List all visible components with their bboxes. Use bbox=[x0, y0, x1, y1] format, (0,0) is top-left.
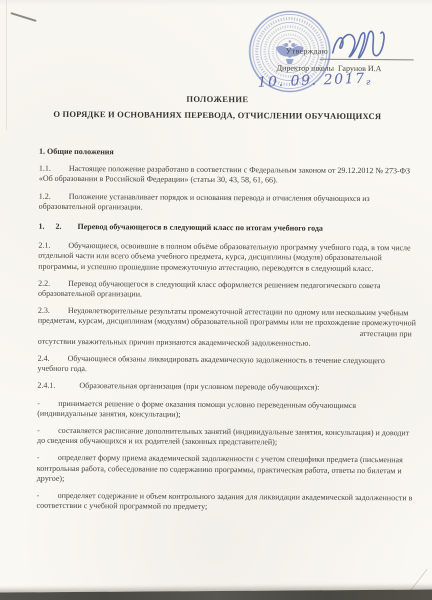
document-subtitle: О ПОРЯДКЕ И ОСНОВАНИЯХ ПЕРЕВОДА, ОТЧИСЛЕ… bbox=[1, 108, 432, 121]
bullet-dash: - bbox=[37, 491, 58, 501]
bullet-dash: - bbox=[37, 426, 58, 436]
page-edge-line bbox=[6, 0, 7, 130]
handwritten-date: 10. 09. 2017г bbox=[257, 71, 370, 92]
bullet-item: -определяет содержание и объем контрольн… bbox=[37, 491, 417, 514]
bullet-text: определяет форму приема академической за… bbox=[37, 453, 403, 482]
bullet-dash: - bbox=[37, 398, 58, 408]
paragraph-number: 1.1. bbox=[39, 164, 69, 174]
date-suffix: г bbox=[366, 78, 371, 88]
paragraph-2-3: 2.3.Неудовлетворительные результаты пром… bbox=[38, 306, 418, 349]
approval-label: Утверждаю bbox=[286, 46, 328, 55]
paragraph-1-2: 1.2.Положение устанавливает порядок и ос… bbox=[39, 191, 419, 214]
paragraph-text: Неудовлетворительные результаты промежут… bbox=[38, 306, 416, 328]
director-signature bbox=[329, 25, 391, 63]
paragraph-text: Перевод обучающегося в следующий класс о… bbox=[38, 279, 381, 299]
paragraph-text: Положение устанавливает порядок и основа… bbox=[39, 192, 370, 212]
heading-list-number: 1. bbox=[38, 222, 55, 232]
paragraph-2-4: 2.4.Обучающиеся обязаны ликвидировать ак… bbox=[37, 354, 417, 377]
bullet-item: -составляется расписание дополнительных … bbox=[37, 426, 417, 449]
paragraph-text: Обучающиеся обязаны ликвидировать академ… bbox=[37, 354, 384, 373]
section-1-heading: 1. Общие положения bbox=[39, 147, 419, 160]
paragraph-text: Настоящее положение разработано в соотве… bbox=[39, 164, 410, 185]
bullet-text: принимается решение о форме оказания пом… bbox=[37, 399, 356, 419]
paragraph-2-4-1: 2.4.1.Образовательная организация (при у… bbox=[37, 381, 417, 394]
heading-number: 2. bbox=[55, 222, 77, 232]
paragraph-number: 2.3. bbox=[38, 306, 68, 316]
paragraph-2-2: 2.2.Перевод обучающегося в следующий кла… bbox=[38, 279, 418, 302]
heading-text: Перевод обучающегося в следующий класс п… bbox=[77, 222, 322, 233]
bullet-text: определяет содержание и объем контрольно… bbox=[37, 491, 413, 511]
paragraph-number: 1.2. bbox=[39, 191, 69, 201]
page-content: Утверждаю Директор школы Гарунов И.А 10.… bbox=[0, 0, 432, 600]
paragraph-text: Образовательная организация (при условно… bbox=[79, 382, 319, 393]
scanned-page: Утверждаю Директор школы Гарунов И.А 10.… bbox=[0, 0, 432, 600]
paragraph-text: Обучающиеся, освоившие в полном объёме о… bbox=[38, 241, 410, 273]
bullet-dash: - bbox=[37, 453, 58, 463]
section-2-heading: 1.2.Перевод обучающегося в следующий кла… bbox=[38, 222, 418, 235]
bullet-text: составляется расписание дополнительных з… bbox=[37, 426, 409, 447]
paragraph-1-1: 1.1.Настоящее положение разработано в со… bbox=[39, 164, 419, 187]
document-body: 1. Общие положения 1.1.Настоящее положен… bbox=[36, 147, 419, 521]
paragraph-text: отсутствии уважительных причин признаютс… bbox=[38, 337, 311, 348]
paragraph-number: 2.2. bbox=[38, 279, 68, 289]
paragraph-2-1: 2.1.Обучающиеся, освоившие в полном объё… bbox=[38, 241, 418, 274]
paragraph-number: 2.1. bbox=[38, 241, 68, 251]
paragraph-number: 2.4. bbox=[38, 354, 68, 364]
bullet-item: -принимается решение о форме оказания по… bbox=[37, 398, 417, 421]
bullet-item: -определяет форму приема академической з… bbox=[37, 453, 417, 486]
paragraph-number: 2.4.1. bbox=[37, 381, 79, 391]
document-title: ПОЛОЖЕНИЕ bbox=[1, 92, 432, 105]
